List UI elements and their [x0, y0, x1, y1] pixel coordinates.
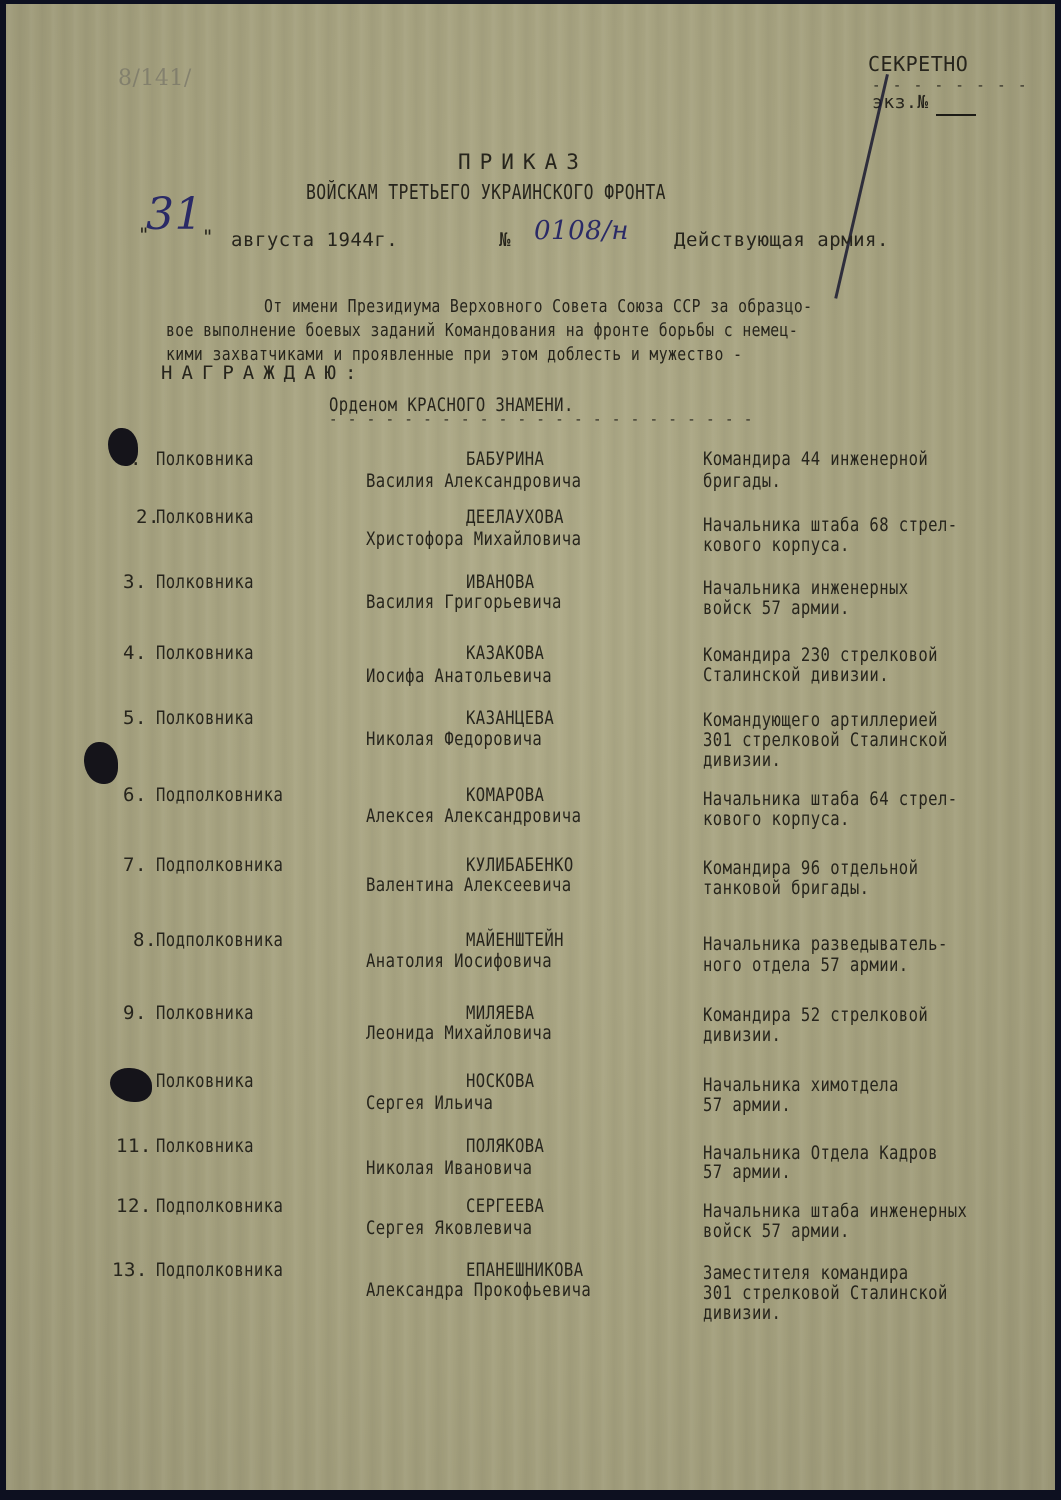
recipient-rank: Полковника	[156, 1002, 254, 1024]
order-number-handwritten: 0108/н	[534, 216, 629, 246]
recipient-given-names: Сергея Ильича	[366, 1092, 493, 1114]
pencil-annotation: 8/141/	[118, 66, 192, 91]
row-number: 13.	[112, 1259, 148, 1281]
recipient-position-line: танковой бригады.	[703, 877, 869, 899]
recipient-rank: Подполковника	[156, 929, 283, 951]
recipient-given-names: Анатолия Иосифовича	[366, 950, 552, 972]
recipient-rank: Полковника	[156, 571, 254, 593]
row-number: 8.	[133, 929, 157, 951]
recipient-surname: МИЛЯЕВА	[466, 1002, 535, 1024]
handwritten-pen-stroke	[834, 74, 889, 299]
order-number-label: №	[499, 229, 511, 251]
date-day-handwritten: 31	[146, 189, 203, 240]
recipient-surname: КОМАРОВА	[466, 784, 544, 806]
recipient-position-line: Начальника штаба 64 стрел-	[703, 788, 958, 810]
recipient-surname: МАЙЕНШТЕЙН	[466, 929, 564, 951]
recipient-position-line: Начальника химотдела	[703, 1074, 899, 1096]
recipient-position-line: Сталинской дивизии.	[703, 664, 889, 686]
recipient-given-names: Василия Александровича	[366, 470, 581, 492]
recipient-position-line: дивизии.	[703, 1024, 781, 1046]
recipient-position-line: Командира 96 отдельной	[703, 857, 918, 879]
recipient-rank: Полковника	[156, 1070, 254, 1092]
recipient-position-line: 57 армии.	[703, 1161, 791, 1183]
recipient-position-line: кового корпуса.	[703, 534, 850, 556]
recipient-position-line: кового корпуса.	[703, 808, 850, 830]
recipient-rank: Полковника	[156, 707, 254, 729]
document-page: 8/141/ СЕКРЕТНО - - - - - - - - экз.№ ПР…	[6, 4, 1055, 1490]
row-number: 3.	[123, 571, 147, 593]
recipient-given-names: Василия Григорьевича	[366, 591, 562, 613]
recipient-position-line: бригады.	[703, 470, 781, 492]
recipient-position-line: Начальника инженерных	[703, 577, 909, 599]
row-number: 5.	[123, 707, 147, 729]
order-place: Действующая армия.	[674, 229, 889, 251]
recipient-given-names: Алексея Александровича	[366, 805, 581, 827]
order-name-underline: - - - - - - - - - - - - - - - - - - - - …	[329, 412, 753, 428]
row-number: 4.	[123, 642, 147, 664]
copy-number-line	[936, 114, 976, 116]
recipient-surname: БАБУРИНА	[466, 448, 544, 470]
recipient-position-line: войск 57 армии.	[703, 1220, 850, 1242]
document-subtitle: ВОЙСКАМ ТРЕТЬЕГО УКРАИНСКОГО ФРОНТА	[306, 180, 666, 204]
recipient-given-names: Сергея Яковлевича	[366, 1217, 532, 1239]
recipient-surname: СЕРГЕЕВА	[466, 1195, 544, 1217]
preamble-line-2: вое выполнение боевых заданий Командован…	[166, 320, 798, 341]
recipient-given-names: Валентина Алексеевича	[366, 874, 572, 896]
recipient-surname: ИВАНОВА	[466, 571, 535, 593]
recipient-rank: Полковника	[156, 1135, 254, 1157]
recipient-surname: КАЗАКОВА	[466, 642, 544, 664]
recipient-position-line: Начальника разведыватель-	[703, 933, 948, 955]
ink-blot	[110, 1068, 152, 1102]
recipient-given-names: Христофора Михайловича	[366, 528, 581, 550]
recipient-given-names: Александра Прокофьевича	[366, 1279, 591, 1301]
recipient-rank: Полковника	[156, 642, 254, 664]
recipient-rank: Подполковника	[156, 854, 283, 876]
recipient-given-names: Леонида Михайловича	[366, 1022, 552, 1044]
recipient-position-line: Командира 230 стрелковой	[703, 644, 938, 666]
row-number: 6.	[123, 784, 147, 806]
recipient-rank: Полковника	[156, 448, 254, 470]
ink-blot	[108, 428, 138, 466]
recipient-position-line: Заместителя командира	[703, 1262, 909, 1284]
recipient-position-line: Начальника штаба 68 стрел-	[703, 514, 958, 536]
recipient-rank: Подполковника	[156, 784, 283, 806]
recipient-surname: ПОЛЯКОВА	[466, 1135, 544, 1157]
recipient-position-line: 301 стрелковой Сталинской	[703, 729, 948, 751]
recipient-position-line: 57 армии.	[703, 1094, 791, 1116]
document-title: ПРИКАЗ	[458, 150, 588, 174]
recipient-surname: ДЕЕЛАУХОВА	[466, 506, 564, 528]
recipient-position-line: ного отдела 57 армии.	[703, 954, 909, 976]
recipient-position-line: Начальника штаба инженерных	[703, 1200, 967, 1222]
recipient-position-line: войск 57 армии.	[703, 597, 850, 619]
recipient-surname: НОСКОВА	[466, 1070, 535, 1092]
preamble-line-1: От имени Президиума Верховного Совета Со…	[264, 296, 812, 317]
recipient-rank: Подполковника	[156, 1195, 283, 1217]
row-number: 12.	[116, 1195, 152, 1217]
date-month-year: августа 1944г.	[231, 229, 398, 251]
recipient-surname: ЕПАНЕШНИКОВА	[466, 1259, 583, 1281]
recipient-position-line: Командира 44 инженерной	[703, 448, 928, 470]
recipient-surname: КАЗАНЦЕВА	[466, 707, 554, 729]
recipient-given-names: Иосифа Анатольевича	[366, 665, 552, 687]
recipient-given-names: Николая Ивановича	[366, 1157, 532, 1179]
award-verb: НАГРАЖДАЮ:	[161, 362, 365, 384]
classification-stamp: СЕКРЕТНО	[868, 52, 968, 76]
recipient-rank: Подполковника	[156, 1259, 283, 1281]
recipient-position-line: дивизии.	[703, 749, 781, 771]
recipient-position-line: дивизии.	[703, 1302, 781, 1324]
recipient-position-line: Командующего артиллерией	[703, 709, 938, 731]
row-number: 9.	[123, 1002, 147, 1024]
date-quote-close: "	[202, 226, 214, 248]
recipient-rank: Полковника	[156, 506, 254, 528]
recipient-given-names: Николая Федоровича	[366, 728, 542, 750]
row-number: 11.	[116, 1135, 152, 1157]
recipient-surname: КУЛИБАБЕНКО	[466, 854, 574, 876]
ink-blot	[84, 742, 118, 784]
recipient-position-line: Командира 52 стрелковой	[703, 1004, 928, 1026]
row-number: 7.	[123, 854, 147, 876]
recipient-position-line: 301 стрелковой Сталинской	[703, 1282, 948, 1304]
